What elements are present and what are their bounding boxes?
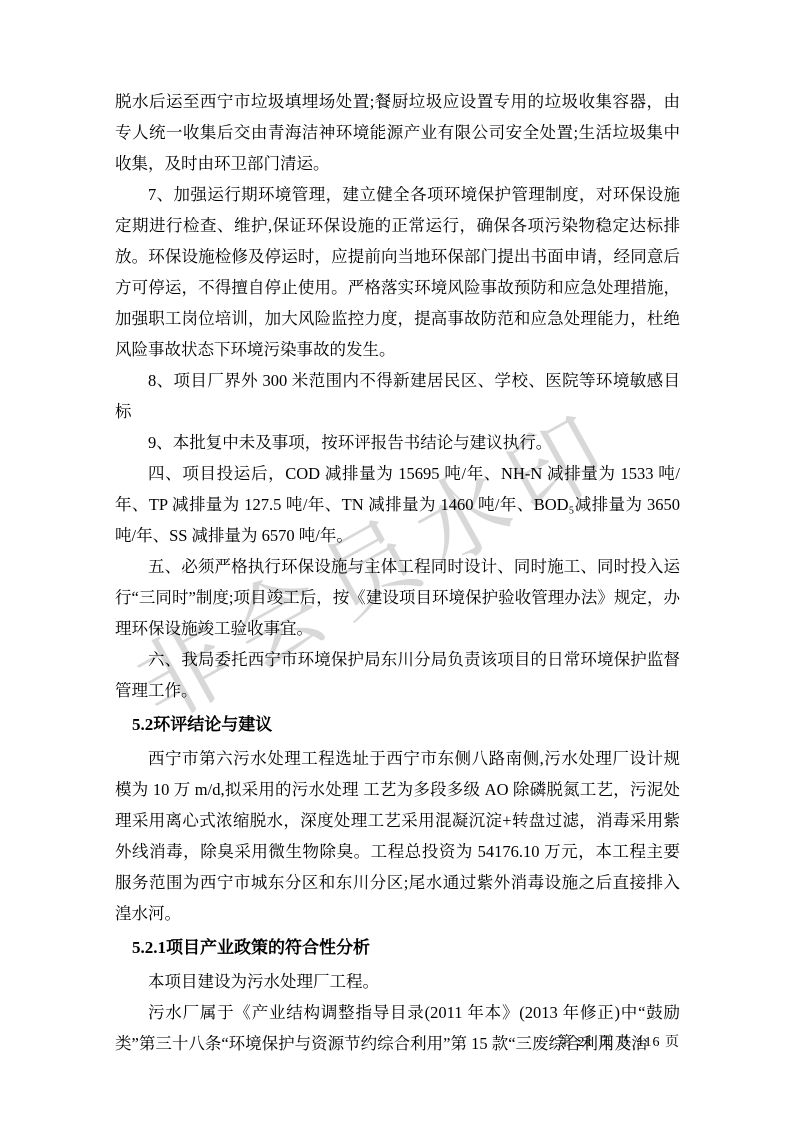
paragraph: 7、加强运行期环境管理，建立健全各项环境保护管理制度，对环保设施定期进行检查、维… <box>115 179 680 365</box>
paragraph: 脱水后运至西宁市垃圾填埋场处置;餐厨垃圾应设置专用的垃圾收集容器，由专人统一收集… <box>115 86 680 179</box>
document-page: 非会员水印 脱水后运至西宁市垃圾填埋场处置;餐厨垃圾应设置专用的垃圾收集容器，由… <box>0 0 793 1122</box>
paragraph: 本项目建设为污水处理厂工程。 <box>115 966 680 997</box>
paragraph: 六、我局委托西宁市环境保护局东川分局负责该项目的日常环境保护监督管理工作。 <box>115 644 680 706</box>
paragraph: 西宁市第六污水处理工程选址于西宁市东侧八路南侧,污水处理厂设计规模为 10 万 … <box>115 743 680 929</box>
section-heading: 5.2.1项目产业政策的符合性分析 <box>132 932 680 963</box>
document-content: 脱水后运至西宁市垃圾填埋场处置;餐厨垃圾应设置专用的垃圾收集容器，由专人统一收集… <box>115 86 680 1059</box>
section-heading: 5.2环评结论与建议 <box>132 709 680 740</box>
page-footer: 第 21 页 共 116 页 <box>558 1031 680 1051</box>
paragraph: 9、本批复中未及事项，按环评报告书结论与建议执行。 <box>115 427 680 458</box>
paragraph: 四、项目投运后，COD 减排量为 15695 吨/年、NH-N 减排量为 153… <box>115 458 680 551</box>
paragraph: 8、项目厂界外 300 米范围内不得新建居民区、学校、医院等环境敏感目标 <box>115 365 680 427</box>
paragraph: 五、必须严格执行环保设施与主体工程同时设计、同时施工、同时投入运行“三同时”制度… <box>115 551 680 644</box>
